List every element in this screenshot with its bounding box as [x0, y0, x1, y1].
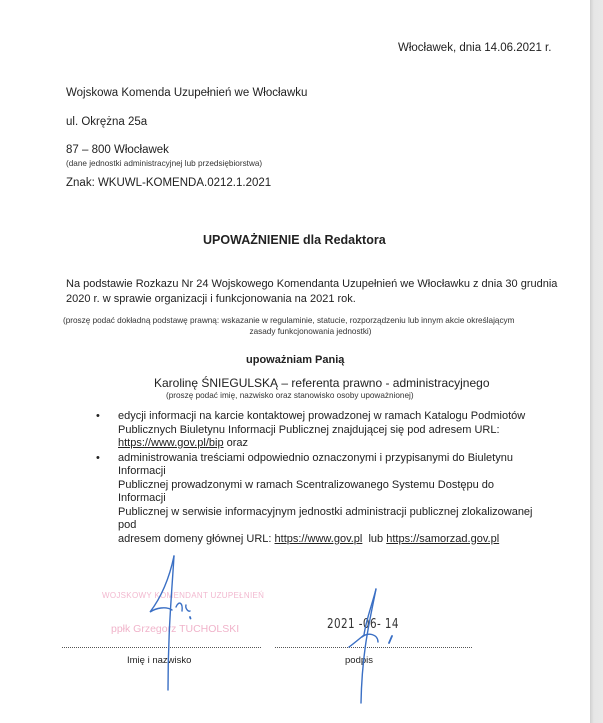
item-line: administrowania treściami odpowiednio oz…: [118, 452, 536, 479]
sender-note: (dane jednostki administracyjnej lub prz…: [66, 160, 262, 168]
basis-note-line-1: (proszę podać dokładną podstawę prawną: …: [63, 317, 514, 325]
permissions-list: • edycji informacji na karcie kontaktowe…: [96, 410, 536, 546]
signature-label: podpis: [345, 656, 373, 666]
authorized-person-note: (proszę podać imię, nazwisko oraz stanow…: [166, 392, 414, 400]
viewer-scrollbar-edge[interactable]: [590, 0, 603, 723]
item-line: Publicznej prowadzonymi w ramach Scentra…: [118, 479, 536, 506]
item-line: Publicznej w serwisie informacyjnym jedn…: [118, 506, 536, 533]
document-title: UPOWAŻNIENIE dla Redaktora: [203, 234, 386, 247]
item-line: edycji informacji na karcie kontaktowej …: [118, 410, 536, 424]
sender-name: Wojskowa Komenda Uzupełnień we Włocławku: [66, 88, 307, 100]
name-signature-line: [62, 647, 261, 648]
official-stamp-title: WOJSKOWY KOMENDANT UZUPEŁNIEŃ: [102, 591, 264, 600]
sender-city: 87 – 800 Włocławek: [66, 145, 169, 157]
bullet-icon: •: [96, 410, 100, 424]
document-page: Włocławek, dnia 14.06.2021 r. Wojskowa K…: [0, 0, 590, 723]
item-line: Publicznych Biuletynu Informacji Publicz…: [118, 424, 536, 438]
list-item: • administrowania treściami odpowiednio …: [96, 452, 536, 547]
item-line: adresem domeny głównej URL: https://www.…: [118, 533, 536, 547]
basis-note-line-2: zasady funkcjonowania jednostki): [0, 328, 603, 336]
gov-link[interactable]: https://www.gov.pl: [275, 533, 363, 545]
date-stamp: 2021 -06- 14: [327, 617, 399, 632]
authorized-person: Karolinę ŚNIEGULSKĄ – referenta prawno -…: [154, 377, 490, 389]
signature-line: [275, 647, 472, 648]
item-line: https://www.gov.pl/bip oraz: [118, 437, 536, 451]
sender-street: ul. Okrężna 25a: [66, 117, 147, 129]
bullet-icon: •: [96, 452, 100, 466]
official-stamp-name: ppłk Grzegorz TUCHOLSKI: [111, 623, 239, 635]
basis-line-1: Na podstawie Rozkazu Nr 24 Wojskowego Ko…: [66, 279, 557, 290]
place-date: Włocławek, dnia 14.06.2021 r.: [398, 43, 551, 55]
basis-line-2: 2020 r. w sprawie organizacji i funkcjon…: [66, 294, 356, 305]
name-label: Imię i nazwisko: [127, 656, 191, 666]
list-item: • edycji informacji na karcie kontaktowe…: [96, 410, 536, 451]
bip-link[interactable]: https://www.gov.pl/bip: [118, 437, 224, 449]
samorzad-link[interactable]: https://samorzad.gov.pl: [386, 533, 499, 545]
reference-number: Znak: WKUWL-KOMENDA.0212.1.2021: [66, 178, 271, 190]
authorize-heading: upoważniam Panią: [246, 355, 344, 366]
